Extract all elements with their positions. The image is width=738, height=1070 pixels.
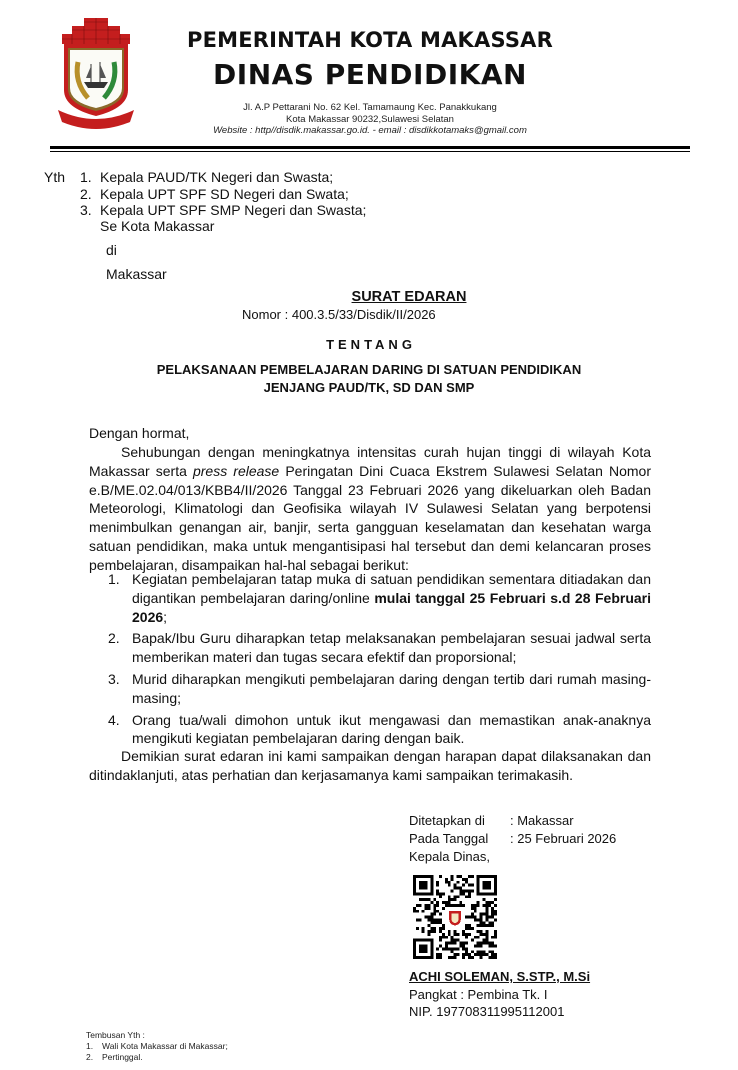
signer-nip: NIP. 197708311995112001 — [409, 1004, 564, 1019]
subject-line-1: PELAKSANAAN PEMBELAJARAN DARING DI SATUA… — [0, 362, 738, 377]
document-number: Nomor : 400.3.5/33/Disdik/II/2026 — [242, 307, 436, 322]
copies-item: Wali Kota Makassar di Makassar; — [102, 1041, 228, 1051]
agency-name: DINAS PENDIDIKAN — [150, 58, 590, 91]
signer-name: ACHI SOLEMAN, S.STP., M.Si — [409, 969, 590, 984]
date-value: : 25 Februari 2026 — [510, 830, 616, 848]
place-label: Ditetapkan di — [409, 812, 485, 830]
addressee-di: di — [106, 241, 117, 259]
copies-number: 2. — [86, 1052, 93, 1062]
closing-paragraph: Demikian surat edaran ini kami sampaikan… — [89, 747, 651, 785]
address-line-2: Kota Makassar 90232,Sulawesi Selatan — [150, 114, 590, 125]
list-item: 2. Bapak/Ibu Guru diharapkan tetap melak… — [108, 629, 651, 667]
list-text: Murid diharapkan mengikuti pembelajaran … — [132, 671, 651, 706]
list-item: 4. Orang tua/wali dimohon untuk ikut men… — [108, 711, 651, 749]
recipient-number: 3. — [80, 201, 100, 219]
list-number: 2. — [108, 629, 120, 648]
salutation: Dengan hormat, — [89, 424, 651, 443]
date-label: Pada Tanggal — [409, 830, 488, 848]
intro-italic: press release — [193, 463, 279, 479]
list-text-tail: ; — [163, 609, 167, 625]
subject-line-2: JENJANG PAUD/TK, SD DAN SMP — [0, 380, 738, 395]
copies-item: Pertinggal. — [102, 1052, 143, 1062]
government-name: PEMERINTAH KOTA MAKASSAR — [150, 28, 590, 52]
copies-number: 1. — [86, 1041, 93, 1051]
intro-paragraph: Sehubungan dengan meningkatnya intensita… — [89, 443, 651, 575]
recipient-number: 1. — [80, 168, 100, 186]
contact-line: Website : http//disdik.makassar.go.id. -… — [150, 125, 590, 136]
list-number: 4. — [108, 711, 120, 730]
addressee-label: Yth — [44, 168, 65, 186]
letterhead-divider-thick — [50, 146, 690, 149]
intro-text-2: Peringatan Dini Cuaca Ekstrem Sulawesi S… — [89, 463, 651, 573]
recipient-item: Kepala PAUD/TK Negeri dan Swasta; — [100, 168, 333, 186]
copies-label: Tembusan Yth : — [86, 1030, 145, 1040]
document-type: SURAT EDARAN — [40, 289, 738, 305]
place-value: : Makassar — [510, 812, 574, 830]
signer-position: Kepala Dinas, — [409, 848, 490, 866]
list-text: Bapak/Ibu Guru diharapkan tetap melaksan… — [132, 630, 651, 665]
addressee-place: Makassar — [106, 265, 167, 283]
makassar-city-crest-icon — [58, 12, 134, 130]
list-item: 3. Murid diharapkan mengikuti pembelajar… — [108, 670, 651, 708]
qr-code-signature-icon — [413, 875, 497, 959]
recipient-scope: Se Kota Makassar — [100, 217, 214, 235]
list-number: 1. — [108, 570, 120, 589]
list-item: 1. Kegiatan pembelajaran tatap muka di s… — [108, 570, 651, 626]
instruction-list: 1. Kegiatan pembelajaran tatap muka di s… — [108, 570, 651, 751]
address-line-1: Jl. A.P Pettarani No. 62 Kel. Tamamaung … — [150, 102, 590, 113]
list-text: Orang tua/wali dimohon untuk ikut mengaw… — [132, 712, 651, 747]
signer-rank: Pangkat : Pembina Tk. I — [409, 987, 548, 1002]
about-label: TENTANG — [2, 337, 738, 352]
letterhead-divider-thin — [50, 151, 690, 152]
list-number: 3. — [108, 670, 120, 689]
